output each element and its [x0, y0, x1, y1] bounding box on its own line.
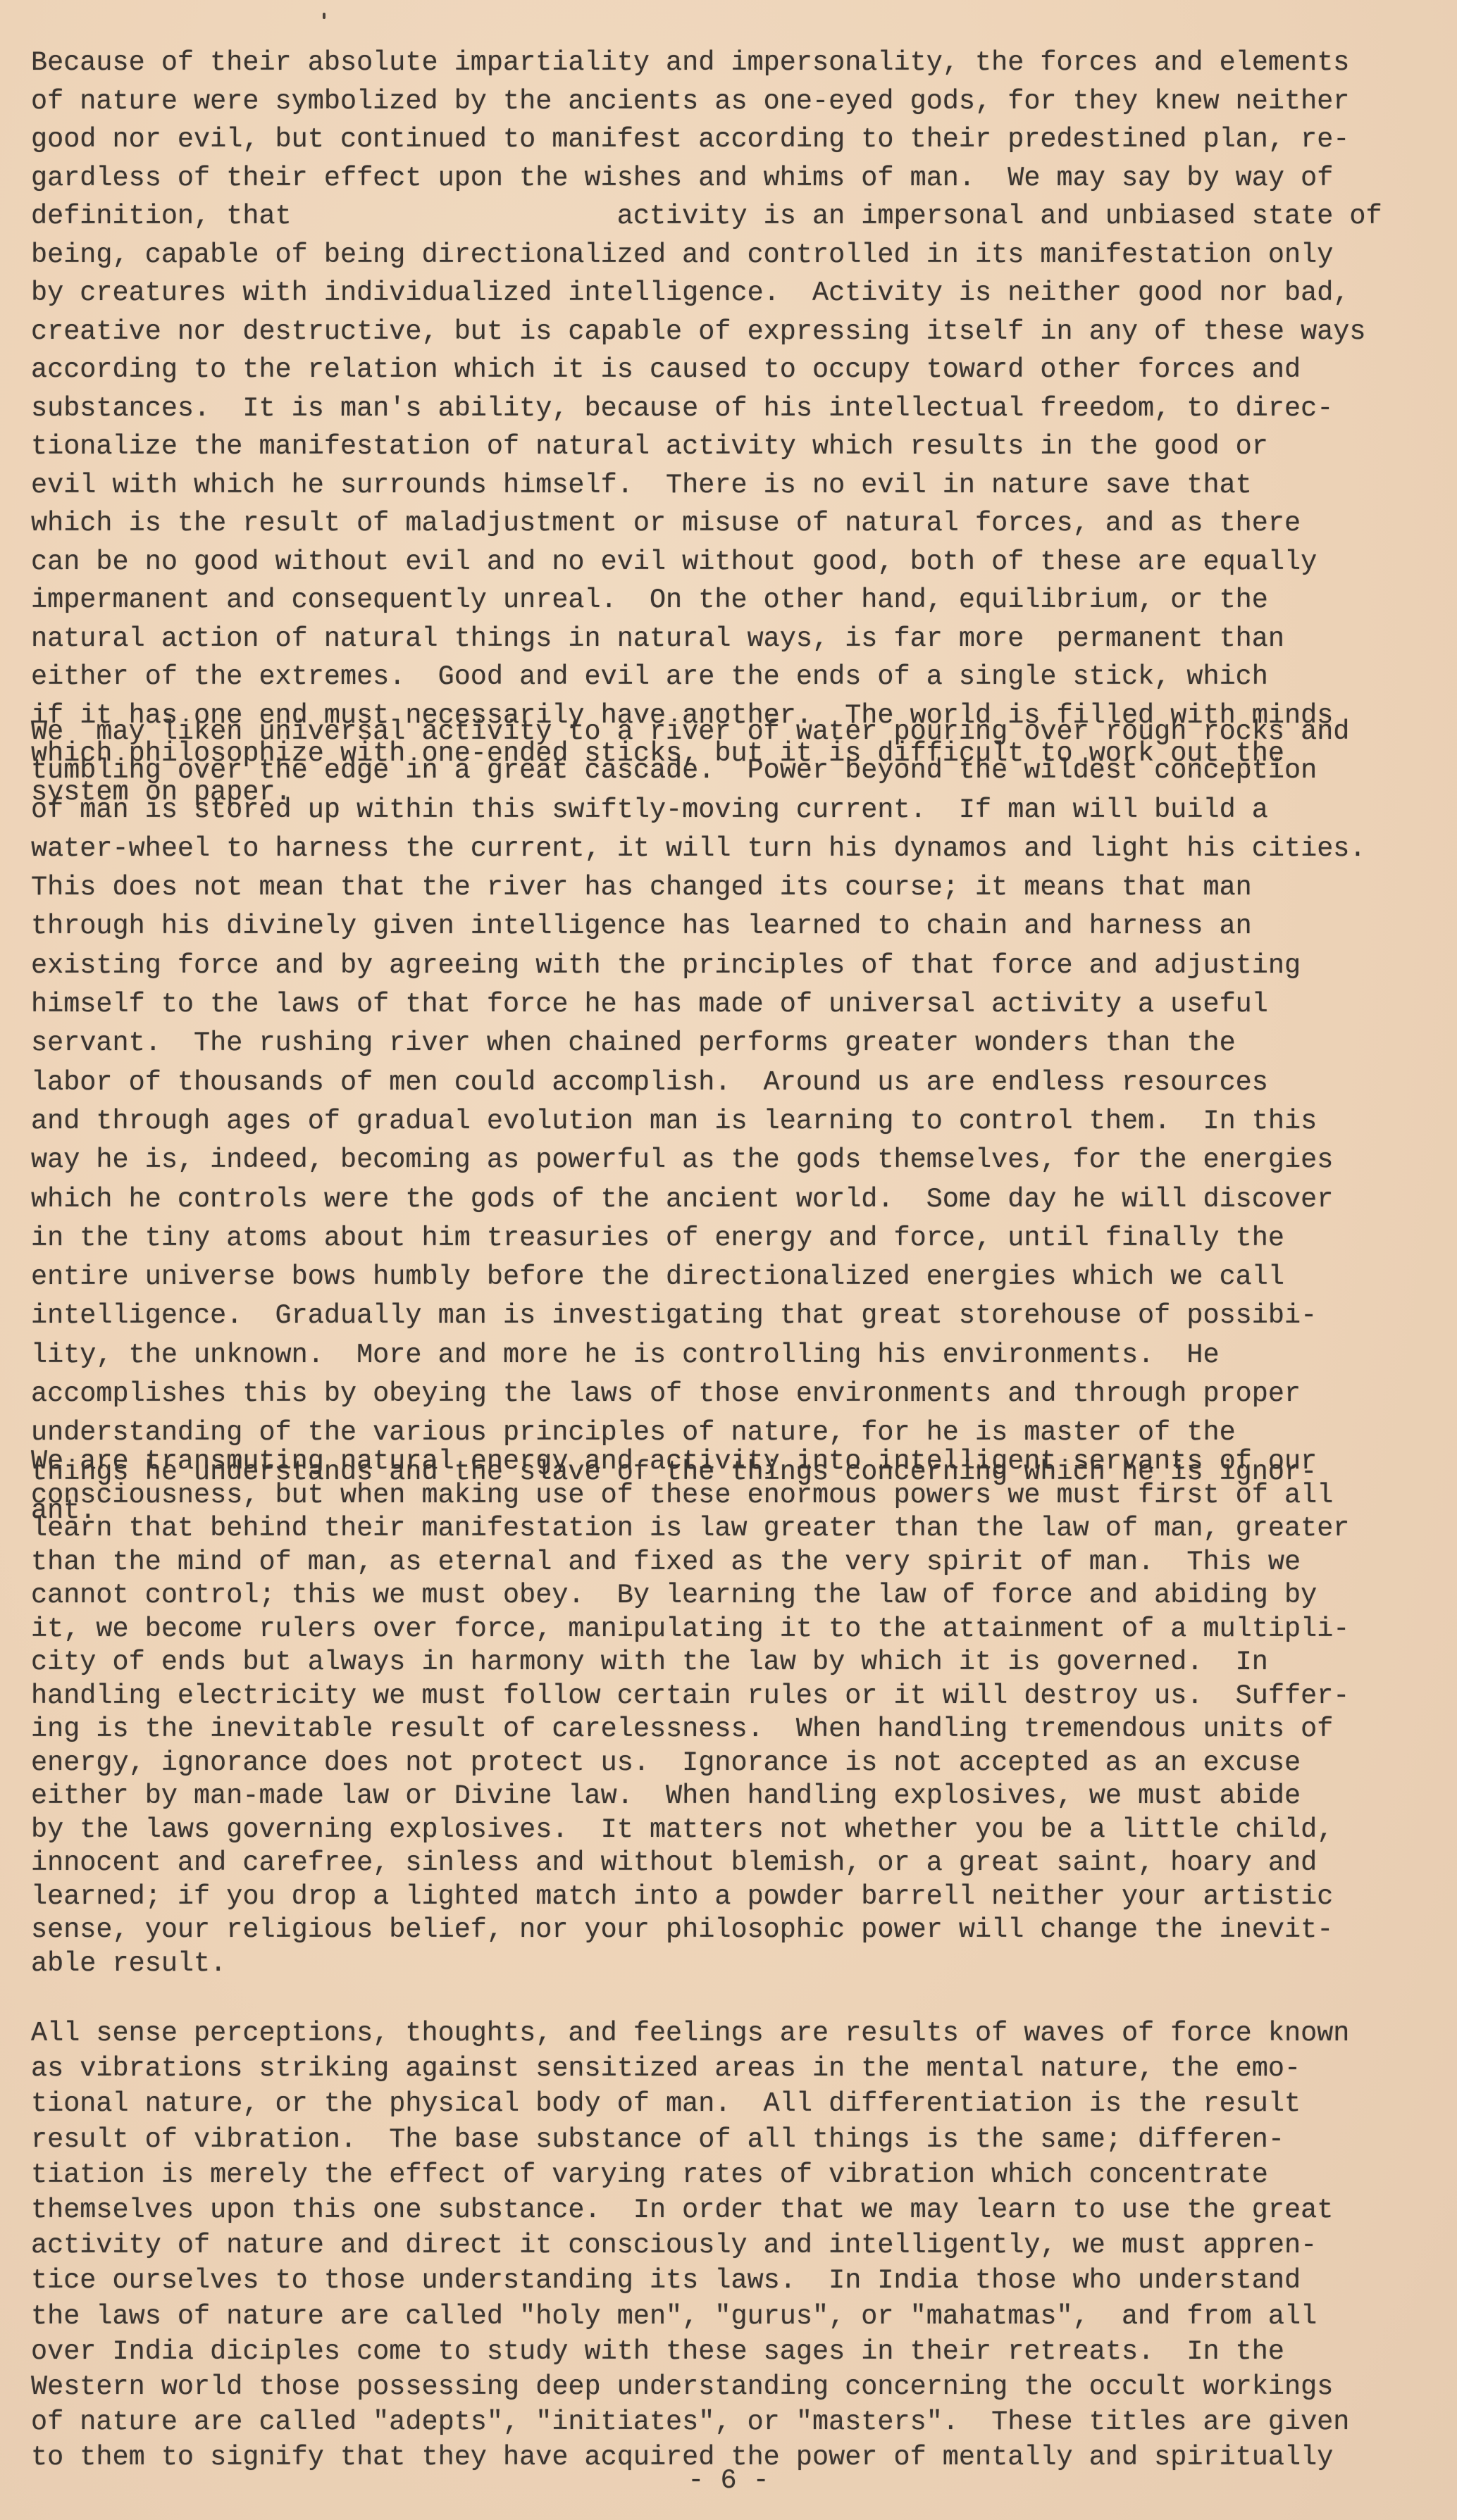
text-line: city of ends but always in harmony with … — [31, 1646, 1440, 1680]
text-line: intelligence. Gradually man is investiga… — [31, 1297, 1440, 1335]
text-line: good nor evil, but continued to manifest… — [31, 120, 1440, 159]
stray-ink-mark — [323, 13, 325, 19]
text-line: being, capable of being directionalized … — [31, 236, 1440, 275]
text-line: tumbling over the edge in a great cascad… — [31, 751, 1440, 790]
text-line: either by man-made law or Divine law. Wh… — [31, 1780, 1440, 1814]
text-line: definition, that activity is an imperson… — [31, 197, 1440, 236]
text-line: All sense perceptions, thoughts, and fee… — [31, 2016, 1440, 2051]
text-line: sense, your religious belief, nor your p… — [31, 1914, 1440, 1947]
text-line: result of vibration. The base substance … — [31, 2122, 1440, 2157]
page-number: - 6 - — [0, 2465, 1457, 2496]
text-line: tiation is merely the effect of varying … — [31, 2157, 1440, 2192]
text-line: labor of thousands of men could accompli… — [31, 1063, 1440, 1102]
text-line: which he controls were the gods of the a… — [31, 1180, 1440, 1219]
text-line: Because of their absolute impartiality a… — [31, 44, 1440, 82]
text-line: according to the relation which it is ca… — [31, 351, 1440, 389]
text-line: We may liken universal activity to a riv… — [31, 713, 1440, 751]
text-line: way he is, indeed, becoming as powerful … — [31, 1141, 1440, 1180]
text-line: substances. It is man's ability, because… — [31, 389, 1440, 428]
paragraph-1: Because of their absolute impartiality a… — [31, 44, 1440, 811]
text-line: and through ages of gradual evolution ma… — [31, 1102, 1440, 1141]
text-line: accomplishes this by obeying the laws of… — [31, 1375, 1440, 1414]
text-line: impermanent and consequently unreal. On … — [31, 581, 1440, 620]
text-line: gardless of their effect upon the wishes… — [31, 159, 1440, 198]
paragraph-2: We may liken universal activity to a riv… — [31, 713, 1440, 1530]
text-line: ing is the inevitable result of careless… — [31, 1713, 1440, 1747]
text-line: creative nor destructive, but is capable… — [31, 313, 1440, 351]
text-line: able result. — [31, 1947, 1440, 1981]
text-line: entire universe bows humbly before the d… — [31, 1258, 1440, 1297]
text-line: handling electricity we must follow cert… — [31, 1680, 1440, 1714]
text-line: the laws of nature are called "holy men"… — [31, 2299, 1440, 2334]
paragraph-4: All sense perceptions, thoughts, and fee… — [31, 2016, 1440, 2476]
text-line: This does not mean that the river has ch… — [31, 868, 1440, 907]
paragraph-3: We are transmuting natural energy and ac… — [31, 1445, 1440, 1981]
text-line: can be no good without evil and no evil … — [31, 543, 1440, 582]
text-line: than the mind of man, as eternal and fix… — [31, 1546, 1440, 1580]
text-line: natural action of natural things in natu… — [31, 620, 1440, 659]
text-line: of man is stored up within this swiftly-… — [31, 791, 1440, 830]
text-line: tice ourselves to those understanding it… — [31, 2263, 1440, 2298]
text-line: learn that behind their manifestation is… — [31, 1512, 1440, 1546]
text-line: servant. The rushing river when chained … — [31, 1024, 1440, 1063]
text-line: it, we become rulers over force, manipul… — [31, 1613, 1440, 1647]
text-line: tional nature, or the physical body of m… — [31, 2086, 1440, 2121]
text-line: himself to the laws of that force he has… — [31, 985, 1440, 1024]
text-line: cannot control; this we must obey. By le… — [31, 1579, 1440, 1613]
text-line: evil with which he surrounds himself. Th… — [31, 466, 1440, 505]
text-line: lity, the unknown. More and more he is c… — [31, 1336, 1440, 1375]
text-line: of nature were symbolized by the ancient… — [31, 82, 1440, 121]
text-line: energy, ignorance does not protect us. I… — [31, 1747, 1440, 1780]
text-line: either of the extremes. Good and evil ar… — [31, 658, 1440, 697]
text-line: innocent and carefree, sinless and witho… — [31, 1847, 1440, 1880]
text-line: tionalize the manifestation of natural a… — [31, 428, 1440, 466]
text-line: water-wheel to harness the current, it w… — [31, 830, 1440, 868]
text-line: through his divinely given intelligence … — [31, 907, 1440, 946]
text-line: by the laws governing explosives. It mat… — [31, 1814, 1440, 1847]
text-line: Western world those possessing deep unde… — [31, 2369, 1440, 2404]
text-line: We are transmuting natural energy and ac… — [31, 1445, 1440, 1479]
text-line: learned; if you drop a lighted match int… — [31, 1880, 1440, 1914]
text-line: which is the result of maladjustment or … — [31, 504, 1440, 543]
text-line: existing force and by agreeing with the … — [31, 947, 1440, 985]
text-line: by creatures with individualized intelli… — [31, 274, 1440, 313]
typewritten-page: Because of their absolute impartiality a… — [0, 0, 1457, 2520]
text-line: activity of nature and direct it conscio… — [31, 2228, 1440, 2263]
text-line: in the tiny atoms about him treasuries o… — [31, 1219, 1440, 1258]
text-line: themselves upon this one substance. In o… — [31, 2192, 1440, 2228]
text-line: over India diciples come to study with t… — [31, 2334, 1440, 2369]
text-line: as vibrations striking against sensitize… — [31, 2051, 1440, 2086]
text-line: of nature are called "adepts", "initiate… — [31, 2404, 1440, 2440]
text-line: consciousness, but when making use of th… — [31, 1479, 1440, 1513]
